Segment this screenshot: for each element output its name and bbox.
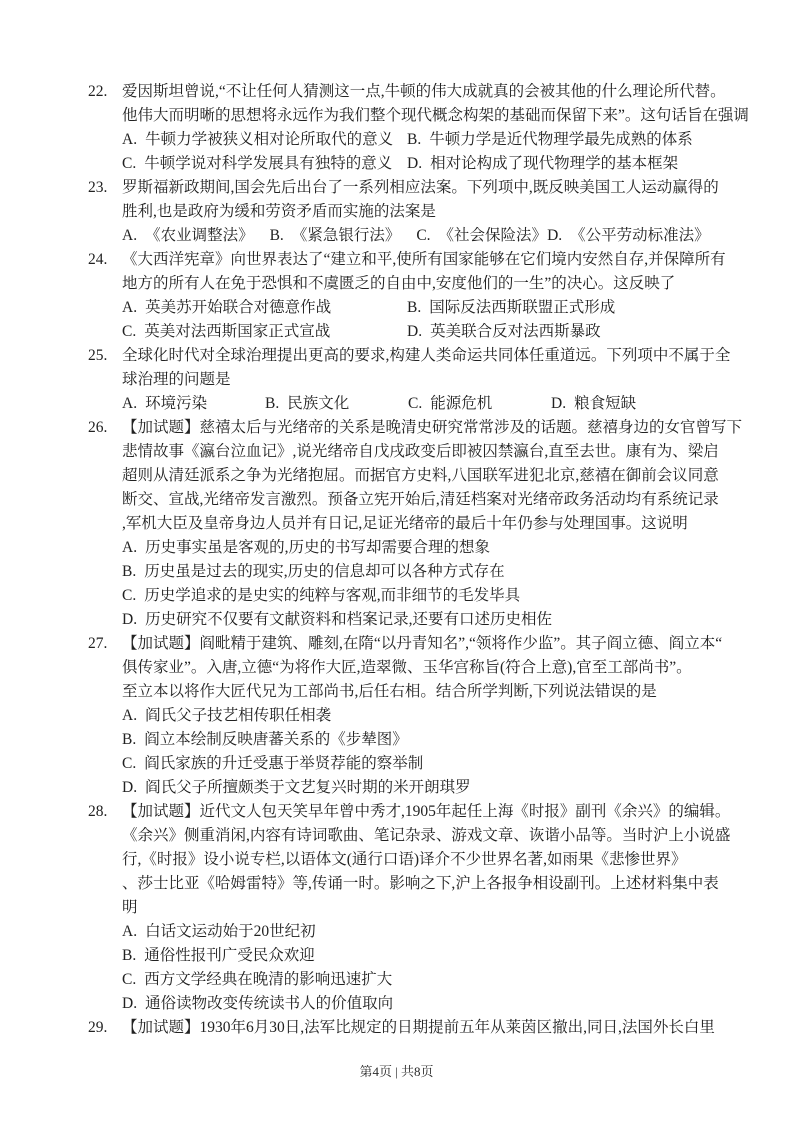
option-text: 英美联合反对法西斯暴政 bbox=[430, 323, 601, 340]
option-C: C.阎氏家族的升迁受惠于举贤荐能的察举制 bbox=[122, 752, 740, 776]
option-label: C. bbox=[122, 587, 136, 604]
option-text: 阎氏家族的升迁受惠于举贤荐能的察举制 bbox=[144, 755, 423, 772]
stem-line: 爱因斯坦曾说,“不让任何人猜测这一点,牛顿的伟大成就真的会被其他的什么理论所代替… bbox=[122, 80, 740, 104]
question-body: 罗斯福新政期间,国会先后出台了一系列相应法案。下列项中,既反映美国工人运动赢得的… bbox=[122, 176, 740, 248]
option-C: C.历史学追求的是史实的纯粹与客观,而非细节的毛发毕具 bbox=[122, 584, 740, 608]
question-body: 《大西洋宪章》向世界表达了“建立和平,使所有国家能够在它们境内安然自存,并保障所… bbox=[122, 248, 740, 344]
page-footer: 第4页 | 共8页 bbox=[0, 1062, 793, 1082]
option-text: 相对论构成了现代物理学的基本框架 bbox=[430, 155, 678, 172]
option-label: B. bbox=[265, 395, 279, 412]
options-row: C.牛顿学说对科学发展具有独特的意义D.相对论构成了现代物理学的基本框架 bbox=[122, 152, 740, 176]
option-label: B. bbox=[407, 299, 421, 316]
stem-line: 、莎士比亚《哈姆雷特》等,传诵一时。影响之下,沪上各报争相设副刊。上述材料集中表 bbox=[122, 872, 740, 896]
stem-line: 断交、宣战,光绪帝发言激烈。预备立宪开始后,清廷档案对光绪帝政务活动均有系统记录 bbox=[122, 488, 740, 512]
question-number: 29. bbox=[88, 1016, 122, 1040]
stem-line: 悲情故事《瀛台泣血记》,说光绪帝自戊戌政变后即被囚禁瀛台,直至去世。康有为、梁启 bbox=[122, 440, 740, 464]
question-28: 28.【加试题】近代文人包天笑早年曾中秀才,1905年起任上海《时报》副刊《余兴… bbox=[88, 800, 740, 1016]
stem-line: 球治理的问题是 bbox=[122, 368, 740, 392]
page-number-indicator: 第4页 | 共8页 bbox=[359, 1064, 433, 1079]
option-text: 白话文运动始于20世纪初 bbox=[145, 923, 316, 940]
option-A: A.环境污染 bbox=[122, 392, 265, 416]
option-label: A. bbox=[122, 539, 137, 556]
options-row: A.阎氏父子技艺相传职任相袭B.阎立本绘制反映唐蕃关系的《步辇图》C.阎氏家族的… bbox=[122, 704, 740, 800]
option-text: 英美苏开始联合对德意作战 bbox=[145, 299, 331, 316]
option-A: A.白话文运动始于20世纪初 bbox=[122, 920, 740, 944]
stem-line: 【加试题】1930年6月30日,法军比规定的日期提前五年从莱茵区撤出,同日,法国… bbox=[122, 1016, 740, 1040]
option-B: B.《紧急银行法》 bbox=[270, 224, 401, 248]
option-B: B.国际反法西斯联盟正式形成 bbox=[407, 296, 615, 320]
option-text: 能源危机 bbox=[430, 395, 492, 412]
stem-line: 【加试题】近代文人包天笑早年曾中秀才,1905年起任上海《时报》副刊《余兴》的编… bbox=[122, 800, 740, 824]
stem-line: 胜利,也是政府为缓和劳资矛盾而实施的法案是 bbox=[122, 200, 740, 224]
option-label: B. bbox=[270, 227, 284, 244]
option-text: 环境污染 bbox=[145, 395, 207, 412]
option-label: C. bbox=[416, 227, 430, 244]
option-text: 牛顿力学是近代物理学最先成熟的体系 bbox=[429, 131, 693, 148]
options-row: A.牛顿力学被狭义相对论所取代的意义B.牛顿力学是近代物理学最先成熟的体系 bbox=[122, 128, 740, 152]
stem-line: 全球化时代对全球治理提出更高的要求,构建人类命运共同体任重道远。下列项中不属于全 bbox=[122, 344, 740, 368]
question-body: 【加试题】阎毗精于建筑、雕刻,在隋“以丹青知名”,“领将作少监”。其子阎立德、阎… bbox=[122, 632, 740, 800]
question-number: 26. bbox=[88, 416, 122, 632]
option-label: D. bbox=[407, 323, 422, 340]
exam-page: 22.爱因斯坦曾说,“不让任何人猜测这一点,牛顿的伟大成就真的会被其他的什么理论… bbox=[0, 0, 793, 1122]
stem-line: 《大西洋宪章》向世界表达了“建立和平,使所有国家能够在它们境内安然自存,并保障所… bbox=[122, 248, 740, 272]
option-text: 《农业调整法》 bbox=[145, 227, 254, 244]
question-24: 24.《大西洋宪章》向世界表达了“建立和平,使所有国家能够在它们境内安然自存,并… bbox=[88, 248, 740, 344]
question-body: 全球化时代对全球治理提出更高的要求,构建人类命运共同体任重道远。下列项中不属于全… bbox=[122, 344, 740, 416]
option-D: D.历史研究不仅要有文献资料和档案记录,还要有口述历史相佐 bbox=[122, 608, 740, 632]
option-label: B. bbox=[122, 947, 136, 964]
option-B: B.民族文化 bbox=[265, 392, 408, 416]
option-text: 通俗读物改变传统读书人的价值取向 bbox=[145, 995, 393, 1012]
option-text: 《公平劳动标准法》 bbox=[570, 227, 710, 244]
option-text: 粮食短缺 bbox=[574, 395, 636, 412]
option-text: 历史虽是过去的现实,历史的信息却可以各种方式存在 bbox=[144, 563, 504, 580]
options-row: A.白话文运动始于20世纪初B.通俗性报刊广受民众欢迎C.西方文学经典在晚清的影… bbox=[122, 920, 740, 1016]
question-body: 【加试题】1930年6月30日,法军比规定的日期提前五年从莱茵区撤出,同日,法国… bbox=[122, 1016, 740, 1040]
option-label: D. bbox=[547, 227, 562, 244]
option-label: D. bbox=[122, 779, 137, 796]
option-B: B.牛顿力学是近代物理学最先成熟的体系 bbox=[407, 128, 693, 152]
option-D: D.粮食短缺 bbox=[551, 392, 636, 416]
option-label: D. bbox=[122, 995, 137, 1012]
question-23: 23.罗斯福新政期间,国会先后出台了一系列相应法案。下列项中,既反映美国工人运动… bbox=[88, 176, 740, 248]
option-label: C. bbox=[122, 155, 136, 172]
question-body: 【加试题】慈禧太后与光绪帝的关系是晚清史研究常常涉及的话题。慈禧身边的女官曾写下… bbox=[122, 416, 740, 632]
option-D: D.通俗读物改变传统读书人的价值取向 bbox=[122, 992, 740, 1016]
question-27: 27.【加试题】阎毗精于建筑、雕刻,在隋“以丹青知名”,“领将作少监”。其子阎立… bbox=[88, 632, 740, 800]
options-row: A.历史事实虽是客观的,历史的书写却需要合理的想象B.历史虽是过去的现实,历史的… bbox=[122, 536, 740, 632]
option-text: 牛顿学说对科学发展具有独特的意义 bbox=[144, 155, 392, 172]
stem-line: 地方的所有人在免于恐惧和不虞匮乏的自由中,安度他们的一生”的决心。这反映了 bbox=[122, 272, 740, 296]
option-label: C. bbox=[122, 323, 136, 340]
option-text: 民族文化 bbox=[287, 395, 349, 412]
option-D: D.英美联合反对法西斯暴政 bbox=[407, 320, 601, 344]
option-C: C.能源危机 bbox=[408, 392, 551, 416]
option-label: C. bbox=[122, 755, 136, 772]
option-C: C.《社会保险法》 bbox=[416, 224, 547, 248]
option-text: 阎立本绘制反映唐蕃关系的《步辇图》 bbox=[144, 731, 408, 748]
option-text: 阎氏父子技艺相传职任相袭 bbox=[145, 707, 331, 724]
options-row: A.英美苏开始联合对德意作战B.国际反法西斯联盟正式形成 bbox=[122, 296, 740, 320]
option-A: A.历史事实虽是客观的,历史的书写却需要合理的想象 bbox=[122, 536, 740, 560]
option-label: B. bbox=[122, 731, 136, 748]
option-label: D. bbox=[122, 611, 137, 628]
option-text: 通俗性报刊广受民众欢迎 bbox=[144, 947, 315, 964]
option-C: C.牛顿学说对科学发展具有独特的意义 bbox=[122, 152, 407, 176]
option-label: A. bbox=[122, 707, 137, 724]
question-body: 【加试题】近代文人包天笑早年曾中秀才,1905年起任上海《时报》副刊《余兴》的编… bbox=[122, 800, 740, 1016]
question-number: 27. bbox=[88, 632, 122, 800]
option-B: B.历史虽是过去的现实,历史的信息却可以各种方式存在 bbox=[122, 560, 740, 584]
options-row: A.《农业调整法》B.《紧急银行法》C.《社会保险法》D.《公平劳动标准法》 bbox=[122, 224, 740, 248]
option-label: A. bbox=[122, 227, 137, 244]
option-C: C.西方文学经典在晚清的影响迅速扩大 bbox=[122, 968, 740, 992]
stem-line: 【加试题】慈禧太后与光绪帝的关系是晚清史研究常常涉及的话题。慈禧身边的女官曾写下 bbox=[122, 416, 740, 440]
option-label: A. bbox=[122, 923, 137, 940]
option-A: A.阎氏父子技艺相传职任相袭 bbox=[122, 704, 740, 728]
option-label: D. bbox=[407, 155, 422, 172]
question-number: 22. bbox=[88, 80, 122, 176]
option-label: A. bbox=[122, 131, 137, 148]
option-label: B. bbox=[122, 563, 136, 580]
stem-line: 《余兴》侧重消闲,内容有诗词歌曲、笔记杂录、游戏文章、诙谐小品等。当时沪上小说盛 bbox=[122, 824, 740, 848]
stem-line: ,军机大臣及皇帝身边人员并有日记,足证光绪帝的最后十年仍参与处理国事。这说明 bbox=[122, 512, 740, 536]
option-B: B.通俗性报刊广受民众欢迎 bbox=[122, 944, 740, 968]
question-number: 25. bbox=[88, 344, 122, 416]
option-text: 英美对法西斯国家正式宣战 bbox=[144, 323, 330, 340]
stem-line: 至立本以将作大匠代兄为工部尚书,后任右相。结合所学判断,下列说法错误的是 bbox=[122, 680, 740, 704]
option-text: 牛顿力学被狭义相对论所取代的意义 bbox=[145, 131, 393, 148]
question-25: 25.全球化时代对全球治理提出更高的要求,构建人类命运共同体任重道远。下列项中不… bbox=[88, 344, 740, 416]
stem-line: 行,《时报》设小说专栏,以语体文(通行口语)译介不少世界名著,如雨果《悲惨世界》 bbox=[122, 848, 740, 872]
option-A: A.《农业调整法》 bbox=[122, 224, 254, 248]
option-D: D.《公平劳动标准法》 bbox=[547, 224, 710, 248]
option-text: 国际反法西斯联盟正式形成 bbox=[429, 299, 615, 316]
question-body: 爱因斯坦曾说,“不让任何人猜测这一点,牛顿的伟大成就真的会被其他的什么理论所代替… bbox=[122, 80, 740, 176]
question-number: 24. bbox=[88, 248, 122, 344]
option-text: 阎氏父子所擅颇类于文艺复兴时期的米开朗琪罗 bbox=[145, 779, 471, 796]
option-label: B. bbox=[407, 131, 421, 148]
option-D: D.阎氏父子所擅颇类于文艺复兴时期的米开朗琪罗 bbox=[122, 776, 740, 800]
stem-line: 俱传家业”。入唐,立德“为将作大匠,造翠微、玉华宫称旨(符合上意),官至工部尚书… bbox=[122, 656, 740, 680]
option-label: A. bbox=[122, 299, 137, 316]
questions-container: 22.爱因斯坦曾说,“不让任何人猜测这一点,牛顿的伟大成就真的会被其他的什么理论… bbox=[88, 80, 740, 1040]
option-label: A. bbox=[122, 395, 137, 412]
option-A: A.牛顿力学被狭义相对论所取代的意义 bbox=[122, 128, 407, 152]
option-label: C. bbox=[122, 971, 136, 988]
question-22: 22.爱因斯坦曾说,“不让任何人猜测这一点,牛顿的伟大成就真的会被其他的什么理论… bbox=[88, 80, 740, 176]
question-number: 23. bbox=[88, 176, 122, 248]
option-text: 历史事实虽是客观的,历史的书写却需要合理的想象 bbox=[145, 539, 490, 556]
question-number: 28. bbox=[88, 800, 122, 1016]
option-text: 《社会保险法》 bbox=[439, 227, 548, 244]
option-D: D.相对论构成了现代物理学的基本框架 bbox=[407, 152, 678, 176]
stem-line: 罗斯福新政期间,国会先后出台了一系列相应法案。下列项中,既反映美国工人运动赢得的 bbox=[122, 176, 740, 200]
stem-line: 明 bbox=[122, 896, 740, 920]
option-A: A.英美苏开始联合对德意作战 bbox=[122, 296, 407, 320]
stem-line: 他伟大而明晰的思想将永远作为我们整个现代概念构架的基础而保留下来”。这句话旨在强… bbox=[122, 104, 740, 128]
option-text: 历史学追求的是史实的纯粹与客观,而非细节的毛发毕具 bbox=[144, 587, 520, 604]
options-row: C.英美对法西斯国家正式宣战D.英美联合反对法西斯暴政 bbox=[122, 320, 740, 344]
option-text: 《紧急银行法》 bbox=[292, 227, 401, 244]
stem-line: 【加试题】阎毗精于建筑、雕刻,在隋“以丹青知名”,“领将作少监”。其子阎立德、阎… bbox=[122, 632, 740, 656]
option-text: 西方文学经典在晚清的影响迅速扩大 bbox=[144, 971, 392, 988]
option-B: B.阎立本绘制反映唐蕃关系的《步辇图》 bbox=[122, 728, 740, 752]
option-text: 历史研究不仅要有文献资料和档案记录,还要有口述历史相佐 bbox=[145, 611, 552, 628]
option-C: C.英美对法西斯国家正式宣战 bbox=[122, 320, 407, 344]
option-label: D. bbox=[551, 395, 566, 412]
question-26: 26.【加试题】慈禧太后与光绪帝的关系是晚清史研究常常涉及的话题。慈禧身边的女官… bbox=[88, 416, 740, 632]
option-label: C. bbox=[408, 395, 422, 412]
question-29: 29.【加试题】1930年6月30日,法军比规定的日期提前五年从莱茵区撤出,同日… bbox=[88, 1016, 740, 1040]
options-row: A.环境污染B.民族文化C.能源危机D.粮食短缺 bbox=[122, 392, 740, 416]
stem-line: 超则从清廷派系之争为光绪抱屈。而据官方史料,八国联军进犯北京,慈禧在御前会议同意 bbox=[122, 464, 740, 488]
